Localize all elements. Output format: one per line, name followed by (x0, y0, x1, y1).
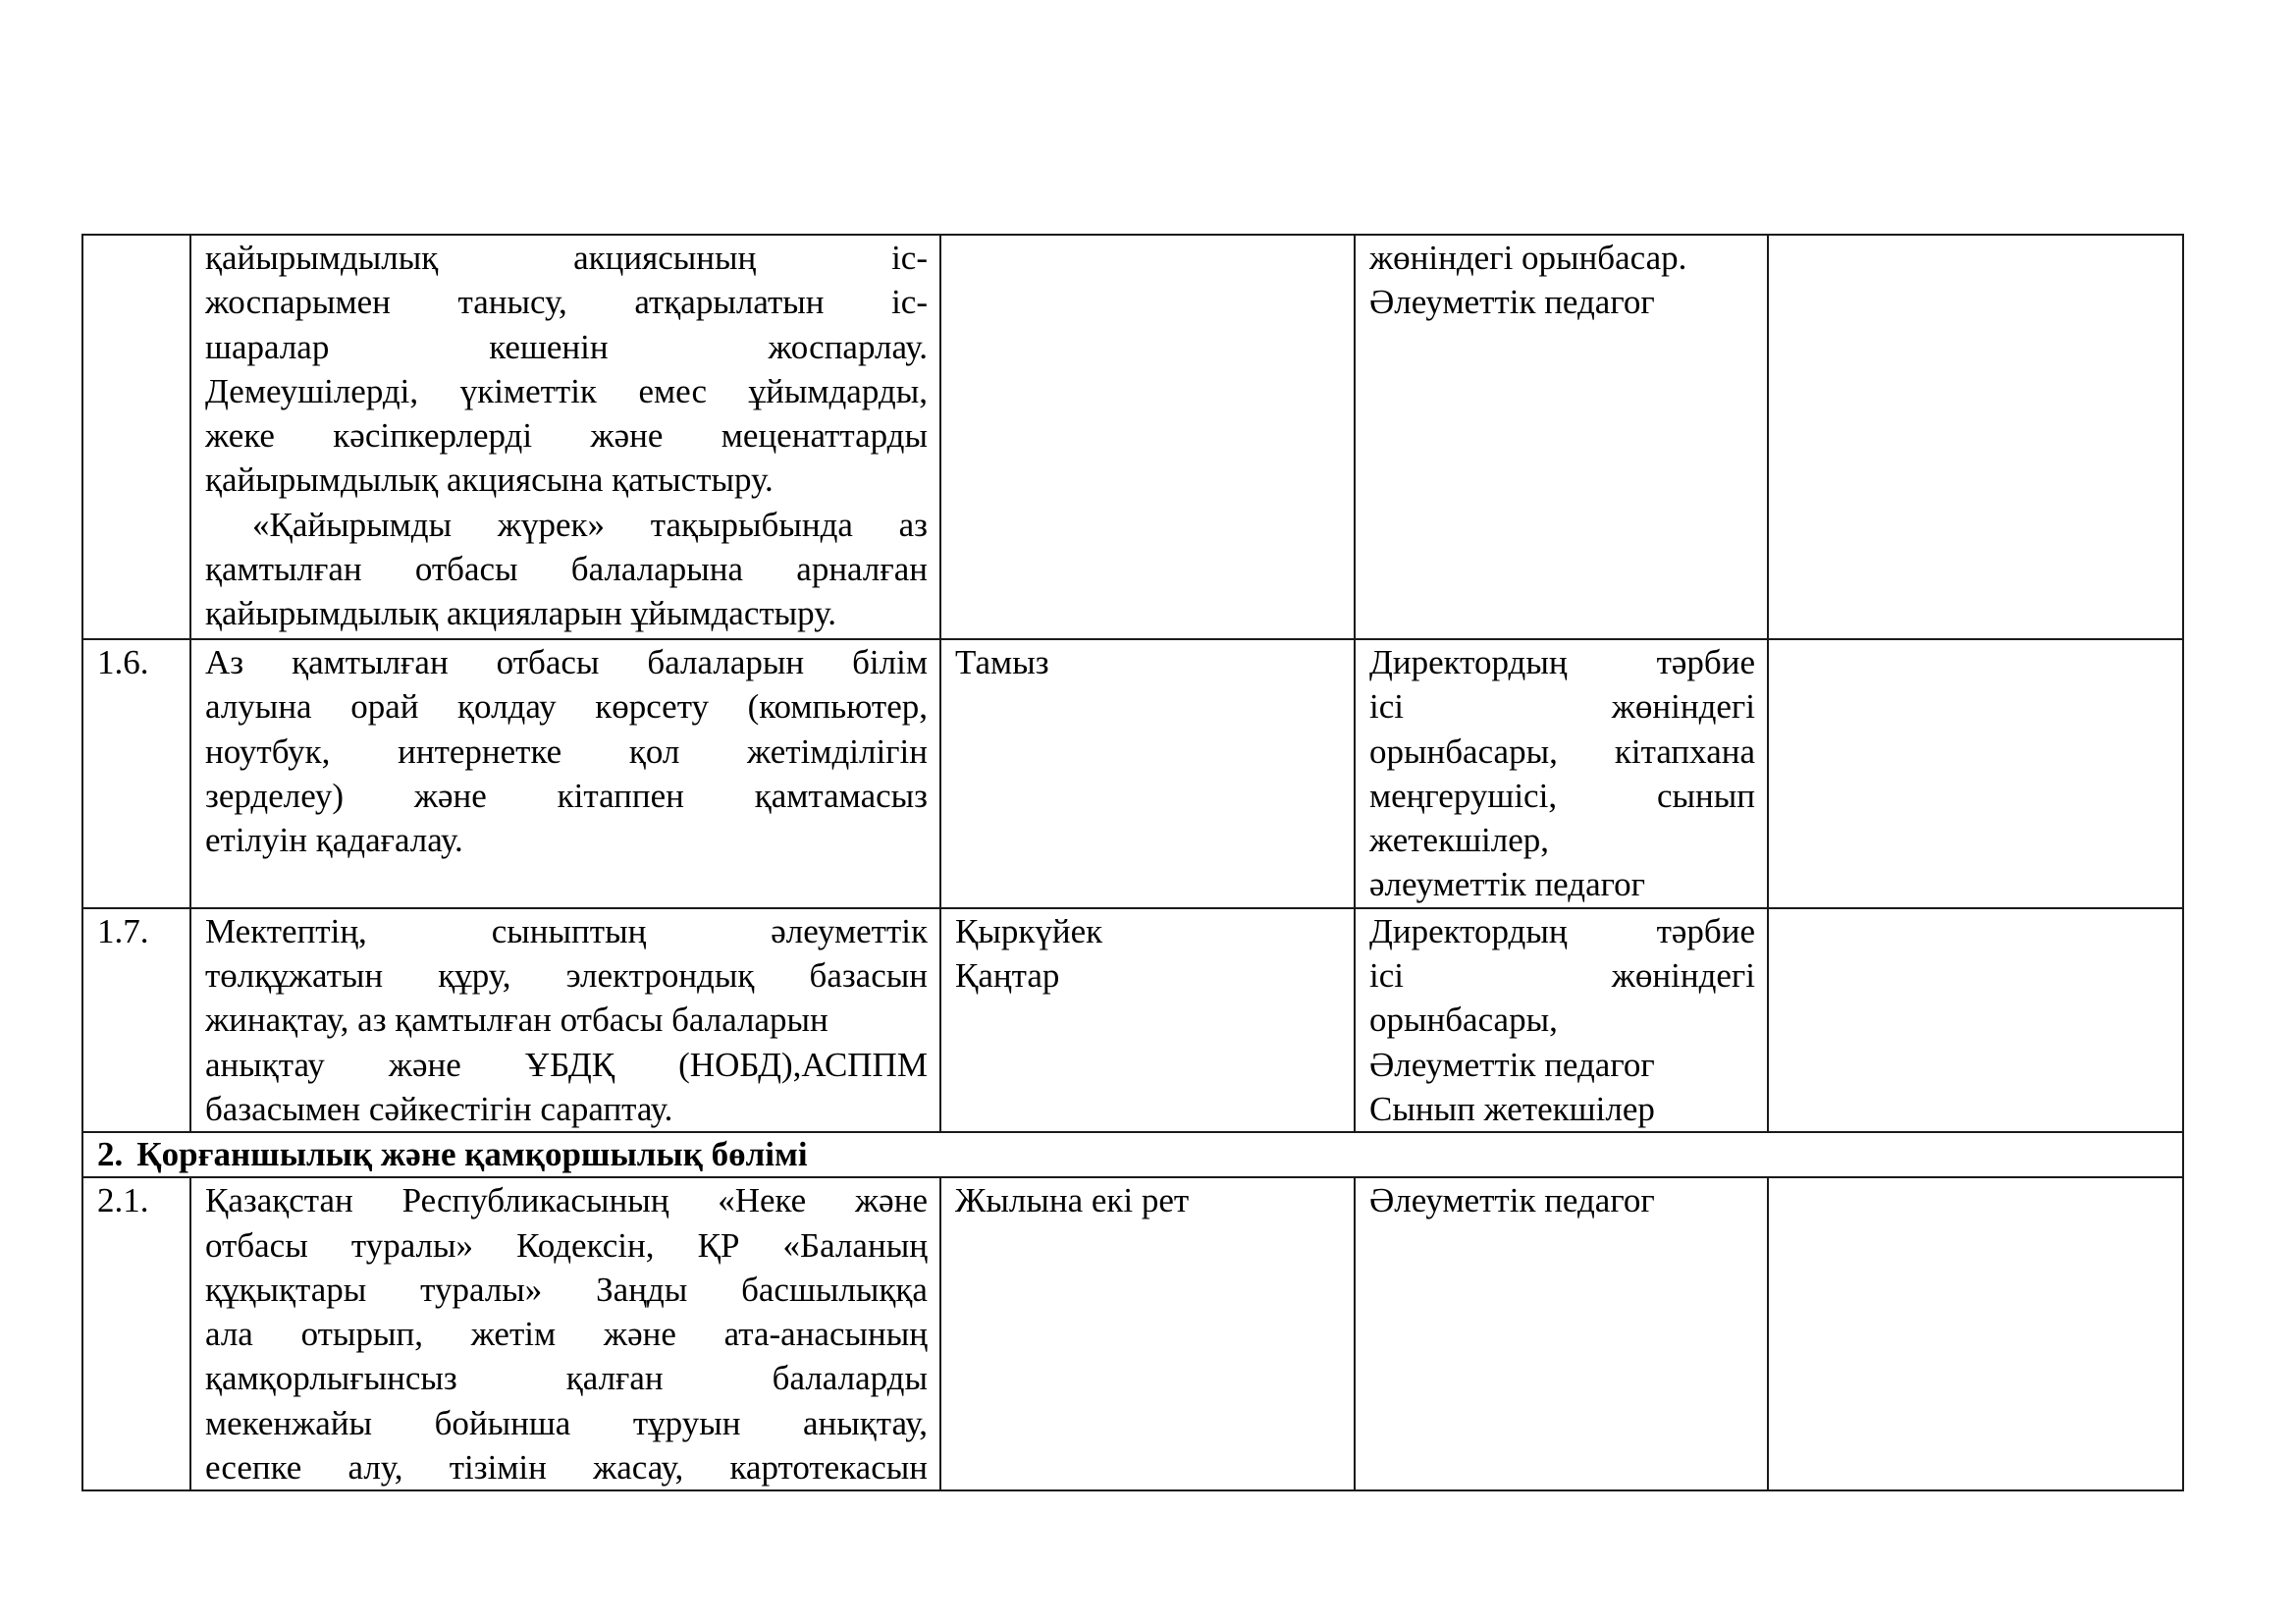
text-line: жөніндегі орынбасар. (1369, 236, 1755, 280)
text-line: жекекәсіпкерлердіжәнемеценаттарды (205, 413, 928, 458)
text-line: ісіжөніндегі (1369, 953, 1755, 998)
text-line: мекенжайыбойыншатұруынанықтау, (205, 1401, 928, 1445)
word: базасымен сәйкестігін сараптау. (205, 1087, 672, 1131)
word: Әлеуметтік педагог (1369, 1043, 1655, 1087)
word: анықтау (205, 1043, 325, 1087)
text-line: Сынып жетекшілер (1369, 1087, 1755, 1131)
word: Әлеуметтік педагог (1369, 280, 1655, 324)
word: қамқорлығынсыз (205, 1356, 457, 1400)
item-number-cell: 1.7. (82, 908, 190, 1132)
word: жетекшілер, (1369, 818, 1549, 862)
word: және (604, 1312, 676, 1356)
deadline-cell: Жылына екі рет (940, 1177, 1355, 1490)
word: интернетке (398, 730, 561, 774)
word: емес (638, 369, 707, 413)
activity-cell: ҚазақстанРеспубликасының«Некежәнеотбасыт… (190, 1177, 940, 1490)
word: Қазақстан (205, 1178, 353, 1222)
word: алу, (347, 1445, 402, 1489)
word: кешенін (489, 325, 608, 369)
text-line: әлеуметтік педагог (1369, 862, 1755, 906)
table-body: қайырымдылықакциясыныңіс-жоспарыментаныс… (82, 235, 2183, 1490)
table-row: 1.6.Азқамтылғанотбасыбалаларынбілімалуын… (82, 639, 2183, 908)
text-line: зерделеу)жәнекітаппенқамтамасыз (205, 774, 928, 818)
text-line: шараларкешенінжоспарлау. (205, 325, 928, 369)
word: шаралар (205, 325, 329, 369)
word: отбасы (415, 547, 518, 591)
word: тақырыбында (651, 503, 853, 547)
word: Директордың (1369, 640, 1568, 684)
word: қамтылған (292, 640, 449, 684)
table-row: 1.7.Мектептің,сыныптыңәлеуметтіктөлқұжат… (82, 908, 2183, 1132)
text-line: ҚазақстанРеспубликасының«Некежәне (205, 1178, 928, 1222)
word: (компьютер, (748, 684, 928, 729)
item-number-cell (82, 235, 190, 639)
word: орынбасары, (1369, 730, 1558, 774)
word: ҚР (698, 1223, 740, 1268)
text-line: қамтылғанотбасыбалаларынаарналған (205, 547, 928, 591)
text-line: ісіжөніндегі (1369, 684, 1755, 729)
word: электрондық (566, 953, 755, 998)
activity-cell: қайырымдылықакциясыныңіс-жоспарыментаныс… (190, 235, 940, 639)
text-line: жинақтау, аз қамтылған отбасы балаларын (205, 998, 928, 1042)
document-page: қайырымдылықакциясыныңіс-жоспарыментаныс… (0, 0, 2296, 1624)
deadline-cell: ҚыркүйекҚаңтар (940, 908, 1355, 1132)
deadline-cell (940, 235, 1355, 639)
section-number: 2. (97, 1135, 123, 1173)
word: Кодексін, (516, 1223, 654, 1268)
word: «Баланың (783, 1223, 928, 1268)
word: қайырымдылық акциясына қатыстыру. (205, 458, 774, 502)
word: тізімін (450, 1445, 547, 1489)
deadline-line: Қыркүйек (955, 909, 1342, 953)
word: әлеуметтік педагог (1369, 862, 1645, 906)
word: картотекасын (729, 1445, 928, 1489)
word: жөніндегі орынбасар. (1369, 236, 1686, 280)
word: жөніндегі (1612, 953, 1755, 998)
word: ҰБДҚ (525, 1043, 614, 1087)
item-number: 1.7. (97, 912, 149, 950)
word: отырып, (301, 1312, 423, 1356)
word: қалған (566, 1356, 664, 1400)
word: басшылыққа (741, 1268, 928, 1312)
word: атқарылатын (634, 280, 824, 324)
word: балаларын (647, 640, 804, 684)
deadline-line: Тамыз (955, 640, 1342, 684)
text-line: орынбасары,кітапхана (1369, 730, 1755, 774)
word: арналған (796, 547, 928, 591)
text-line: орынбасары, (1369, 998, 1755, 1042)
word: базасын (810, 953, 928, 998)
word: ісі (1369, 953, 1404, 998)
text-line: ноутбук,интернеткеқолжетімділігін (205, 730, 928, 774)
word: қол (629, 730, 680, 774)
word: (НОБД),АСППМ (678, 1043, 928, 1087)
table-row: қайырымдылықакциясыныңіс-жоспарыментаныс… (82, 235, 2183, 639)
activity-cell: Азқамтылғанотбасыбалаларынбілімалуынаора… (190, 639, 940, 908)
word: құру, (438, 953, 510, 998)
responsible-cell: Директордыңтәрбиеісіжөніндегіорынбасары,… (1355, 908, 1768, 1132)
word: білім (852, 640, 928, 684)
text-line: есепкеалу,тізімінжасау,картотекасын (205, 1445, 928, 1489)
word: қамтылған (205, 547, 362, 591)
word: көрсету (595, 684, 709, 729)
word: Республикасының (402, 1178, 669, 1222)
word: меңгерушісі, (1369, 774, 1557, 818)
text-line: қамқорлығынсызқалғанбалаларды (205, 1356, 928, 1400)
word: әлеуметтік (771, 909, 928, 953)
word: отбасы (205, 1223, 308, 1268)
word: тәрбие (1657, 909, 1755, 953)
word: қайырымдылық акцияларын ұйымдастыру. (205, 591, 836, 635)
word: зерделеу) (205, 774, 344, 818)
note-cell (1768, 235, 2183, 639)
word: құқықтары (205, 1268, 366, 1312)
word: және (590, 413, 663, 458)
word: Заңды (596, 1268, 687, 1312)
text-line: қайырымдылықакциясыныңіс- (205, 236, 928, 280)
word: «Қайырымды (252, 503, 452, 547)
text-line: Директордыңтәрбие (1369, 909, 1755, 953)
word: ноутбук, (205, 730, 330, 774)
word: алуына (205, 684, 312, 729)
word: етілуін қадағалау. (205, 818, 463, 862)
text-line: Әлеуметтік педагог (1369, 1043, 1755, 1087)
word: төлқұжатын (205, 953, 383, 998)
text-line: төлқұжатынқұру,электрондықбазасын (205, 953, 928, 998)
text-line: Әлеуметтік педагог (1369, 1178, 1755, 1222)
word: орай (350, 684, 418, 729)
word: меценаттарды (721, 413, 928, 458)
text-line: жоспарыментанысу,атқарылатыніс- (205, 280, 928, 324)
word: іс- (891, 280, 928, 324)
word: тәрбие (1657, 640, 1755, 684)
note-cell (1768, 908, 2183, 1132)
word: Директордың (1369, 909, 1568, 953)
word: кітаппен (558, 774, 684, 818)
text-line: қайырымдылық акцияларын ұйымдастыру. (205, 591, 928, 635)
action-plan-table: қайырымдылықакциясыныңіс-жоспарыментаныс… (81, 234, 2184, 1491)
section-title: Қорғаншылық және қамқоршылық бөлімі (136, 1135, 807, 1173)
text-line: Азқамтылғанотбасыбалаларынбілім (205, 640, 928, 684)
item-number-cell: 2.1. (82, 1177, 190, 1490)
text-line: құқықтарытуралы»Заңдыбасшылыққа (205, 1268, 928, 1312)
word: және (414, 774, 487, 818)
note-cell (1768, 639, 2183, 908)
text-line: Әлеуметтік педагог (1369, 280, 1755, 324)
word: ата-анасының (724, 1312, 928, 1356)
word: және (389, 1043, 461, 1087)
word: жүрек» (498, 503, 605, 547)
responsible-cell: жөніндегі орынбасар.Әлеуметтік педагог (1355, 235, 1768, 639)
word: туралы» (420, 1268, 542, 1312)
word: Демеушілерді, (205, 369, 418, 413)
activity-cell: Мектептің,сыныптыңәлеуметтіктөлқұжатынқұ… (190, 908, 940, 1132)
text-line: алаотырып,жетімжәнеата-анасының (205, 1312, 928, 1356)
section-header: 2.Қорғаншылық және қамқоршылық бөлімі (82, 1132, 2183, 1177)
word: қамтамасыз (755, 774, 928, 818)
text-line: жетекшілер, (1369, 818, 1755, 862)
word: Әлеуметтік педагог (1369, 1178, 1655, 1222)
word: жетімділігін (747, 730, 928, 774)
word: есепке (205, 1445, 301, 1489)
word: сыныптың (492, 909, 647, 953)
word: жоспарымен (205, 280, 391, 324)
word: акциясының (573, 236, 756, 280)
text-line: базасымен сәйкестігін сараптау. (205, 1087, 928, 1131)
word: жинақтау, аз қамтылған отбасы балаларын (205, 998, 828, 1042)
responsible-cell: Әлеуметтік педагог (1355, 1177, 1768, 1490)
text-line: Мектептің,сыныптыңәлеуметтік (205, 909, 928, 953)
word: жөніндегі (1612, 684, 1755, 729)
word: жоспарлау. (768, 325, 928, 369)
word: сынып (1657, 774, 1755, 818)
word: ұйымдарды, (749, 369, 928, 413)
table-row: 2.1.ҚазақстанРеспубликасының«Некежәнеотб… (82, 1177, 2183, 1490)
section-row: 2.Қорғаншылық және қамқоршылық бөлімі (82, 1132, 2183, 1177)
word: туралы» (351, 1223, 473, 1268)
word: кітапхана (1615, 730, 1755, 774)
word: жетім (471, 1312, 556, 1356)
word: «Неке (718, 1178, 806, 1222)
text-line: анықтаужәнеҰБДҚ(НОБД),АСППМ (205, 1043, 928, 1087)
word: отбасы (497, 640, 600, 684)
word: Аз (205, 640, 243, 684)
word: үкіметтік (460, 369, 597, 413)
deadline-line: Жылына екі рет (955, 1178, 1342, 1222)
text-line: етілуін қадағалау. (205, 818, 928, 862)
word: аз (899, 503, 928, 547)
word: және (855, 1178, 928, 1222)
note-cell (1768, 1177, 2183, 1490)
text-line: Директордыңтәрбие (1369, 640, 1755, 684)
word: танысу, (457, 280, 566, 324)
word: балаларды (773, 1356, 928, 1400)
deadline-line: Қаңтар (955, 953, 1342, 998)
word: бойынша (435, 1401, 571, 1445)
word: қайырымдылық (205, 236, 438, 280)
item-number: 2.1. (97, 1181, 149, 1219)
word: кәсіпкерлерді (333, 413, 532, 458)
responsible-cell: Директордыңтәрбиеісіжөніндегіорынбасары,… (1355, 639, 1768, 908)
deadline-cell: Тамыз (940, 639, 1355, 908)
word: Сынып жетекшілер (1369, 1087, 1655, 1131)
word: жасау, (593, 1445, 683, 1489)
word: орынбасары, (1369, 998, 1558, 1042)
word: мекенжайы (205, 1401, 372, 1445)
word: іс- (891, 236, 928, 280)
text-line: Демеушілерді,үкіметтікемесұйымдарды, (205, 369, 928, 413)
item-number: 1.6. (97, 643, 149, 681)
text-line: меңгерушісі,сынып (1369, 774, 1755, 818)
text-line: отбасытуралы»Кодексін,ҚР«Баланың (205, 1223, 928, 1268)
word: ала (205, 1312, 253, 1356)
word: тұруын (633, 1401, 741, 1445)
word: Мектептің, (205, 909, 367, 953)
item-number-cell: 1.6. (82, 639, 190, 908)
text-line: «Қайырымдыжүрек»тақырыбындааз (205, 503, 928, 547)
word: ісі (1369, 684, 1404, 729)
word: қолдау (457, 684, 557, 729)
text-line: алуынаорайқолдаукөрсету(компьютер, (205, 684, 928, 729)
word: балаларына (571, 547, 743, 591)
word: анықтау, (803, 1401, 928, 1445)
word: жеке (205, 413, 275, 458)
text-line: қайырымдылық акциясына қатыстыру. (205, 458, 928, 502)
